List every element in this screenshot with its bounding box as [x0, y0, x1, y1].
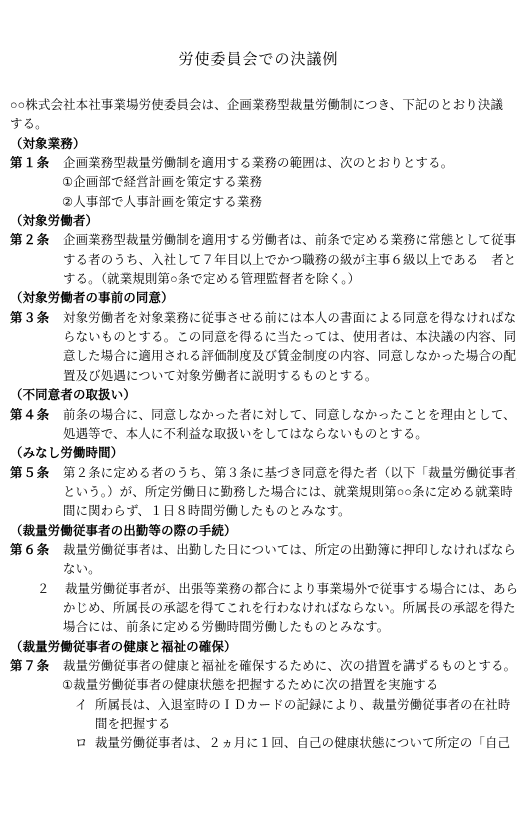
document-title: 労使委員会での決議例	[0, 50, 517, 70]
document-line: 第１条企画業務型裁量労働制を適用する業務の範囲は、次のとおりとする。	[0, 154, 517, 173]
line-text: （みなし労働時間）	[10, 446, 123, 460]
line-text: ②人事部で人事計画を策定する業務	[62, 195, 262, 209]
document-line: （裁量労働従事者の健康と福祉の確保）	[0, 638, 517, 657]
line-label: ロ	[75, 734, 88, 753]
line-label: 第４条	[10, 406, 50, 425]
line-text: 第２条に定める者のうち、第３条に基づき同意を得た者（以下「裁量労働従事者」	[63, 466, 517, 480]
document-line: ない。	[0, 560, 517, 579]
line-text: （裁量労働従事者の出勤等の際の手続）	[10, 524, 237, 538]
document-line: 意した場合に適用される評価制度及び賃金制度の内容、同意しなかった場合の配	[0, 347, 517, 366]
line-text: （対象労働者の事前の同意）	[10, 291, 174, 305]
line-text: 裁量労働従事者の健康と福祉を確保するために、次の措置を講ずるものとする。	[63, 659, 516, 673]
document-line: イ所属長は、入退室時のＩＤカードの記録により、裁量労働従事者の在社時	[0, 696, 517, 715]
document-line: （対象業務）	[0, 135, 517, 154]
document-line: ○○株式会社本社事業場労使委員会は、企画業務型裁量労働制につき、下記のとおり決議	[0, 96, 517, 115]
line-text: 裁量労働従事者は、出勤した日については、所定の出勤簿に押印しなければなら	[63, 543, 516, 557]
document-line: 第２条企画業務型裁量労働制を適用する労働者は、前条で定める業務に常態として従事	[0, 231, 517, 250]
document-line: 第３条対象労働者を対象業務に従事させる前には本人の書面による同意を得なければな	[0, 309, 517, 328]
document-line: する。	[0, 115, 517, 134]
line-text: 対象労働者を対象業務に従事させる前には本人の書面による同意を得なければな	[63, 311, 516, 325]
line-text: （対象業務）	[10, 137, 86, 151]
line-text: 企画業務型裁量労働制を適用する労働者は、前条で定める業務に常態として従事	[63, 233, 516, 247]
line-text: する者のうち、入社して７年目以上でかつ職務の級が主事６級以上である 者と	[63, 253, 516, 267]
document-line: 第７条裁量労働従事者の健康と福祉を確保するために、次の措置を講ずるものとする。	[0, 657, 517, 676]
document-line: ②人事部で人事計画を策定する業務	[0, 193, 517, 212]
document-line: （みなし労働時間）	[0, 444, 517, 463]
line-label: ２	[37, 580, 50, 599]
document-line: 第４条前条の場合に、同意しなかった者に対して、同意しなかったことを理由として、	[0, 406, 517, 425]
line-label: 第３条	[10, 309, 50, 328]
document-line: かじめ、所属長の承認を得てこれを行わなければならない。所属長の承認を得た	[0, 599, 517, 618]
line-label: 第５条	[10, 464, 50, 483]
line-text: ない。	[63, 562, 101, 576]
document-line: 置及び処遇について対象労働者に説明するものとする。	[0, 367, 517, 386]
line-text: 前条の場合に、同意しなかった者に対して、同意しなかったことを理由として、	[63, 408, 516, 422]
line-text: 場合には、前条に定める労働時間労働したものとみなす。	[63, 620, 389, 634]
document-line: 場合には、前条に定める労働時間労働したものとみなす。	[0, 618, 517, 637]
document-line: らないものとする。この同意を得るに当たっては、使用者は、本決議の内容、同	[0, 328, 517, 347]
line-text: 意した場合に適用される評価制度及び賃金制度の内容、同意しなかった場合の配	[63, 349, 516, 363]
document-line: 間を把握する	[0, 715, 517, 734]
document-line: ２裁量労働従事者が、出張等業務の都合により事業場外で従事する場合には、あら	[0, 580, 517, 599]
line-label: 第６条	[10, 541, 50, 560]
document-line: （対象労働者）	[0, 212, 517, 231]
line-text: 裁量労働従事者は、２ヵ月に１回、自己の健康状態について所定の「自己	[95, 736, 510, 750]
document-line: する。（就業規則第○条で定める管理監督者を除く。）	[0, 270, 517, 289]
line-label: 第１条	[10, 154, 50, 173]
document-line: ①企画部で経営計画を策定する業務	[0, 173, 517, 192]
line-text: 置及び処遇について対象労働者に説明するものとする。	[63, 369, 378, 383]
line-label: 第７条	[10, 657, 50, 676]
document-line: （対象労働者の事前の同意）	[0, 289, 517, 308]
line-text: らないものとする。この同意を得るに当たっては、使用者は、本決議の内容、同	[63, 330, 516, 344]
document-line: 間に関わらず、１日８時間労働したものとみなす。	[0, 502, 517, 521]
line-text: （対象労働者）	[10, 214, 98, 228]
line-text: 間を把握する	[95, 717, 171, 731]
line-text: 間に関わらず、１日８時間労働したものとみなす。	[63, 504, 351, 518]
line-text: 裁量労働従事者が、出張等業務の都合により事業場外で従事する場合には、あら	[65, 582, 517, 596]
line-text: 企画業務型裁量労働制を適用する業務の範囲は、次のとおりとする。	[63, 156, 453, 170]
line-text: （裁量労働従事者の健康と福祉の確保）	[10, 640, 237, 654]
line-text: ①裁量労働従事者の健康状態を把握するために次の措置を実施する	[62, 678, 438, 692]
line-text: ○○株式会社本社事業場労使委員会は、企画業務型裁量労働制につき、下記のとおり決議	[10, 98, 503, 112]
document-line: という。）が、所定労働日に勤務した場合には、就業規則第○○条に定める就業時	[0, 483, 517, 502]
document-line: （不同意者の取扱い）	[0, 386, 517, 405]
document-page: 労使委員会での決議例 ○○株式会社本社事業場労使委員会は、企画業務型裁量労働制に…	[0, 0, 517, 813]
document-line: 第６条裁量労働従事者は、出勤した日については、所定の出勤簿に押印しなければなら	[0, 541, 517, 560]
document-line: 処遇等で、本人に不利益な取扱いをしてはならないものとする。	[0, 425, 517, 444]
line-text: 処遇等で、本人に不利益な取扱いをしてはならないものとする。	[63, 427, 428, 441]
line-label: 第２条	[10, 231, 50, 250]
document-line: 第５条第２条に定める者のうち、第３条に基づき同意を得た者（以下「裁量労働従事者」	[0, 464, 517, 483]
line-text: （不同意者の取扱い）	[10, 388, 136, 402]
line-text: する。（就業規則第○条で定める管理監督者を除く。）	[63, 272, 360, 286]
line-text: かじめ、所属長の承認を得てこれを行わなければならない。所属長の承認を得た	[63, 601, 516, 615]
document-line: する者のうち、入社して７年目以上でかつ職務の級が主事６級以上である 者と	[0, 251, 517, 270]
line-text: 所属長は、入退室時のＩＤカードの記録により、裁量労働従事者の在社時	[95, 698, 511, 712]
line-label: イ	[75, 696, 88, 715]
line-text: という。）が、所定労働日に勤務した場合には、就業規則第○○条に定める就業時	[63, 485, 513, 499]
document-line: （裁量労働従事者の出勤等の際の手続）	[0, 522, 517, 541]
line-text: する。	[10, 117, 48, 131]
document-body: ○○株式会社本社事業場労使委員会は、企画業務型裁量労働制につき、下記のとおり決議…	[0, 96, 517, 754]
document-line: ①裁量労働従事者の健康状態を把握するために次の措置を実施する	[0, 676, 517, 695]
line-text: ①企画部で経営計画を策定する業務	[62, 175, 262, 189]
document-line: ロ裁量労働従事者は、２ヵ月に１回、自己の健康状態について所定の「自己	[0, 734, 517, 753]
